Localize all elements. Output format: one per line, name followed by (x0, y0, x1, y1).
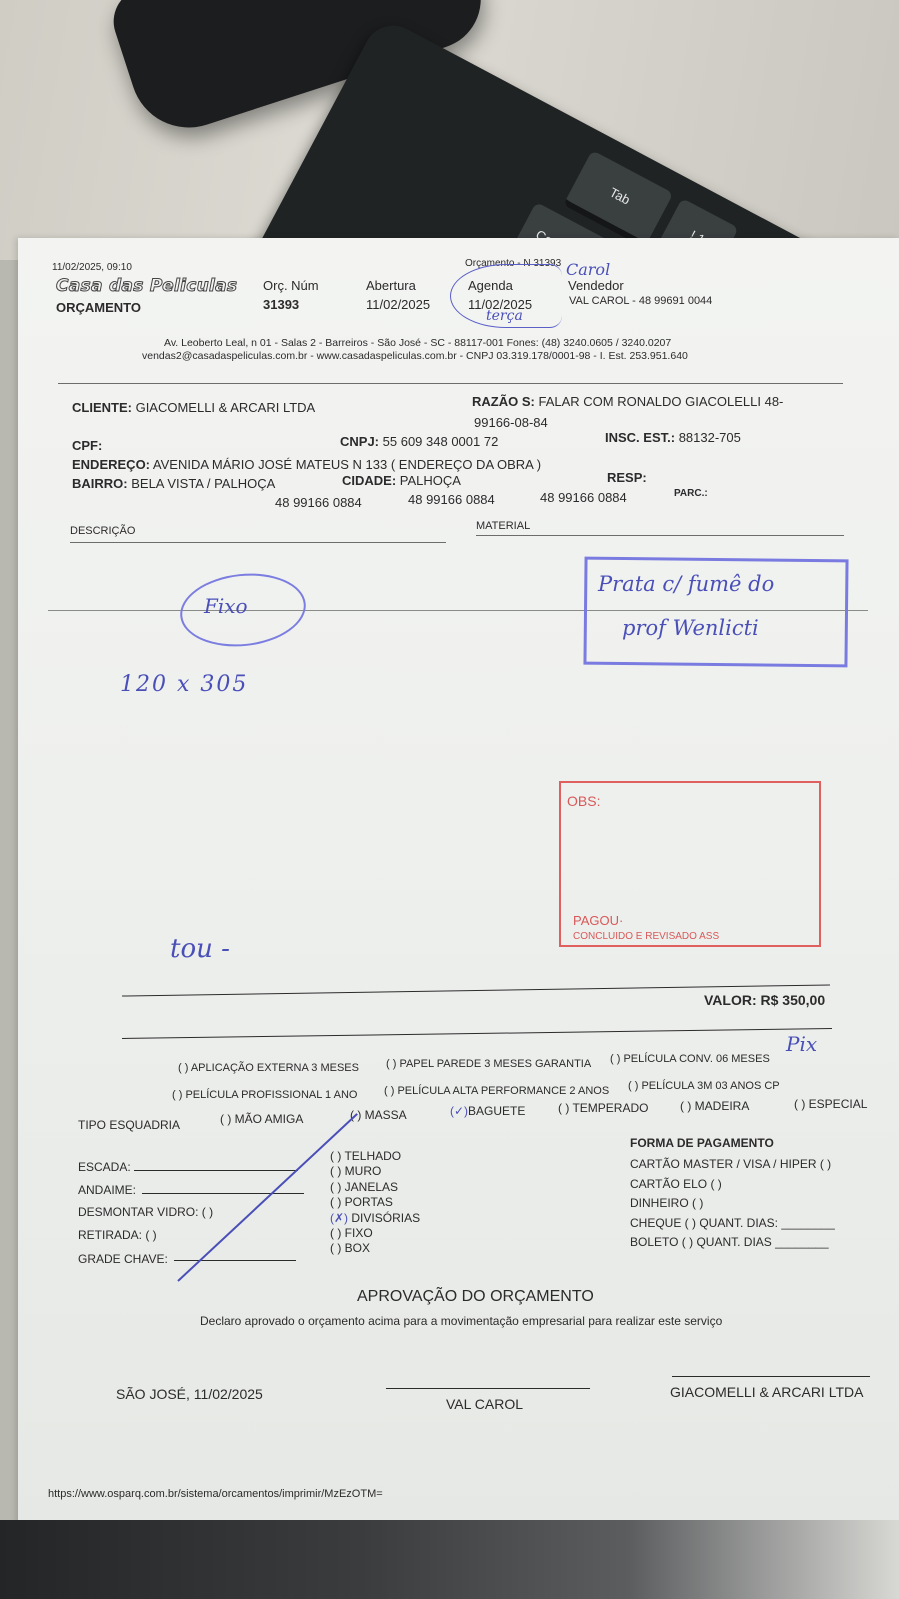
check-mark-icon: (✗) (330, 1211, 348, 1225)
guarantee-label: PELÍCULA CONV. 06 MESES (623, 1053, 769, 1065)
orc-num-label: Orç. Núm (263, 278, 319, 293)
obs-label: OBS: (567, 793, 600, 809)
esquadria-option-label: MÃO AMIGA (235, 1112, 304, 1126)
bairro-row: BAIRRO: BELA VISTA / PALHOÇA (72, 476, 275, 491)
printed-timestamp: 11/02/2025, 09:10 (52, 262, 132, 273)
location-label: MURO (345, 1164, 382, 1178)
escada-label: ESCADA: (78, 1160, 131, 1174)
grade-chave-label: GRADE CHAVE: (78, 1252, 168, 1266)
guarantee-option[interactable]: ( ) APLICAÇÃO EXTERNA 3 MESES (178, 1062, 359, 1074)
esquadria-option-label: MADEIRA (695, 1099, 750, 1113)
payment-option-elo[interactable]: CARTÃO ELO ( ) (630, 1175, 835, 1195)
esquadria-option[interactable]: ( ) MADEIRA (680, 1099, 749, 1113)
escada-line (134, 1170, 298, 1171)
location-list: ( ) TELHADO ( ) MURO ( ) JANELAS ( ) POR… (330, 1149, 420, 1257)
client-signature-line (672, 1376, 870, 1377)
insc-value: 88132-705 (679, 430, 741, 445)
andaime-label: ANDAIME: (78, 1183, 136, 1197)
orc-num-value: 31393 (263, 297, 299, 312)
footer-url[interactable]: https://www.osparq.com.br/sistema/orcame… (48, 1488, 383, 1500)
company-logo: Casa das Peliculas (56, 276, 237, 296)
handwritten-carol: Carol (566, 260, 610, 279)
abertura-value: 11/02/2025 (366, 297, 430, 312)
concluido-label: CONCLUIDO E REVISADO ASS (573, 931, 719, 942)
esquadria-option[interactable]: ( ) MASSA (350, 1108, 407, 1122)
location-option[interactable]: ( ) BOX (330, 1241, 420, 1256)
esquadria-option-label: MASSA (365, 1108, 407, 1122)
esquadria-label: TIPO ESQUADRIA (78, 1118, 180, 1132)
client-signature: GIACOMELLI & ARCARI LTDA (670, 1384, 863, 1400)
guarantee-label: PAPEL PAREDE 3 MESES GARANTIA (399, 1058, 591, 1070)
esquadria-option-checked[interactable]: (✓)BAGUETE (450, 1104, 525, 1118)
client-label: CLIENTE: (72, 400, 132, 415)
razao-value: FALAR COM RONALDO GIACOLELLI 48- (538, 394, 783, 409)
vendedor-value: VAL CAROL - 48 99691 0044 (569, 295, 712, 307)
razao-row: RAZÃO S: FALAR COM RONALDO GIACOLELLI 48… (472, 394, 783, 409)
resp-label: RESP: (607, 470, 647, 485)
check-mark-icon: (✓) (450, 1104, 468, 1118)
razao-label: RAZÃO S: (472, 394, 535, 409)
grade-chave-line (174, 1260, 296, 1261)
insc-row: INSC. EST.: 88132-705 (605, 430, 741, 445)
client-name-row: CLIENTE: GIACOMELLI & ARCARI LTDA (72, 400, 315, 415)
guarantee-option[interactable]: ( ) PELÍCULA PROFISSIONAL 1 ANO (172, 1089, 357, 1101)
location-option-checked[interactable]: (✗) DIVISÓRIAS (330, 1211, 420, 1226)
desmontar-vidro[interactable]: DESMONTAR VIDRO: ( ) (78, 1205, 213, 1219)
esquadria-option-label: TEMPERADO (572, 1101, 648, 1115)
location-label: JANELAS (345, 1180, 398, 1194)
endereco-value: AVENIDA MÁRIO JOSÉ MATEUS N 133 ( ENDERE… (153, 457, 541, 472)
phone-3: 48 99166 0884 (540, 490, 627, 505)
phone-1: 48 99166 0884 (275, 495, 362, 510)
material-label: MATERIAL (476, 520, 530, 532)
guarantee-label: PELÍCULA 3M 03 ANOS CP (641, 1080, 779, 1092)
valor-bottom-rule (122, 1028, 832, 1039)
cnpj-row: CNPJ: 55 609 348 0001 72 (340, 434, 498, 449)
guarantee-option[interactable]: ( ) PAPEL PAREDE 3 MESES GARANTIA (386, 1058, 591, 1070)
approval-title: APROVAÇÃO DO ORÇAMENTO (357, 1288, 594, 1306)
handwritten-bracket (450, 264, 562, 328)
guarantee-label: APLICAÇÃO EXTERNA 3 MESES (191, 1062, 359, 1074)
retirada[interactable]: RETIRADA: ( ) (78, 1228, 157, 1242)
payment-option-cheque[interactable]: CHEQUE ( ) QUANT. DIAS: ________ (630, 1214, 835, 1234)
cpf-label: CPF: (72, 438, 102, 453)
descricao-underline (70, 542, 446, 543)
handwritten-material-line2: prof Wenlicti (622, 616, 759, 640)
payment-option-cash[interactable]: DINHEIRO ( ) (630, 1194, 835, 1214)
company-address: Av. Leoberto Leal, n 01 - Salas 2 - Barr… (164, 337, 671, 349)
payment-title: FORMA DE PAGAMENTO (630, 1136, 774, 1150)
handwritten-pix: Pix (786, 1032, 817, 1056)
location-option[interactable]: ( ) PORTAS (330, 1195, 420, 1210)
obs-box: OBS: PAGOU· CONCLUIDO E REVISADO ASS (559, 781, 821, 947)
company-contact: vendas2@casadaspeliculas.com.br - www.ca… (142, 350, 688, 362)
cidade-label: CIDADE: (342, 473, 396, 488)
location-label: TELHADO (344, 1149, 401, 1163)
location-option[interactable]: ( ) JANELAS (330, 1180, 420, 1195)
endereco-row: ENDEREÇO: AVENIDA MÁRIO JOSÉ MATEUS N 13… (72, 457, 541, 472)
vendedor-label: Vendedor (568, 278, 624, 293)
cidade-value: PALHOÇA (400, 473, 461, 488)
location-option[interactable]: ( ) MURO (330, 1164, 420, 1179)
material-underline (476, 535, 844, 536)
esquadria-option[interactable]: ( ) MÃO AMIGA (220, 1112, 303, 1126)
divider (58, 383, 843, 384)
location-option[interactable]: ( ) FIXO (330, 1226, 420, 1241)
esquadria-option[interactable]: ( ) ESPECIAL (794, 1097, 867, 1111)
seller-signature-line (386, 1388, 590, 1389)
handwritten-dimensions: 120 x 305 (120, 672, 248, 697)
valor-total: VALOR: R$ 350,00 (704, 992, 825, 1008)
handwritten-description: Fixo (204, 594, 248, 618)
desk-bottom-edge (0, 1520, 899, 1599)
location-label: PORTAS (345, 1195, 393, 1209)
phone-2: 48 99166 0884 (408, 492, 495, 507)
esquadria-option-label: ESPECIAL (809, 1097, 868, 1111)
payment-options: CARTÃO MASTER / VISA / HIPER ( ) CARTÃO … (630, 1155, 835, 1253)
esquadria-option[interactable]: ( ) TEMPERADO (558, 1101, 648, 1115)
place-date: SÃO JOSÉ, 11/02/2025 (116, 1386, 263, 1402)
bairro-value: BELA VISTA / PALHOÇA (131, 476, 275, 491)
cidade-row: CIDADE: PALHOÇA (342, 473, 461, 488)
insc-label: INSC. EST.: (605, 430, 675, 445)
payment-option-card[interactable]: CARTÃO MASTER / VISA / HIPER ( ) (630, 1155, 835, 1175)
guarantee-option[interactable]: ( ) PELÍCULA ALTA PERFORMANCE 2 ANOS (384, 1085, 609, 1097)
client-value: GIACOMELLI & ARCARI LTDA (136, 400, 316, 415)
doc-type: ORÇAMENTO (56, 300, 141, 315)
pagou-label: PAGOU· (573, 913, 623, 928)
parc-label: PARC.: (674, 488, 708, 499)
guarantee-label: PELÍCULA ALTA PERFORMANCE 2 ANOS (397, 1085, 609, 1097)
approval-declaration: Declaro aprovado o orçamento acima para … (200, 1314, 722, 1328)
razao-value-line2: 99166-08-84 (474, 415, 548, 430)
handwritten-material-line1: Prata c/ fumê do (598, 572, 774, 596)
location-label: DIVISÓRIAS (351, 1211, 420, 1225)
andaime-line (142, 1193, 304, 1194)
payment-option-boleto[interactable]: BOLETO ( ) QUANT. DIAS ________ (630, 1233, 835, 1253)
location-option[interactable]: ( ) TELHADO (330, 1149, 420, 1164)
seller-signature: VAL CAROL (446, 1396, 523, 1412)
abertura-label: Abertura (366, 278, 416, 293)
endereco-label: ENDEREÇO: (72, 457, 150, 472)
guarantee-option[interactable]: ( ) PELÍCULA 3M 03 ANOS CP (628, 1080, 780, 1092)
esquadria-option-label: BAGUETE (468, 1104, 525, 1118)
guarantee-option[interactable]: ( ) PELÍCULA CONV. 06 MESES (610, 1053, 770, 1065)
location-label: FIXO (345, 1226, 373, 1240)
location-label: BOX (345, 1241, 370, 1255)
quote-document: 11/02/2025, 09:10 Casa das Peliculas ORÇ… (18, 238, 899, 1548)
handwritten-note: tou - (170, 934, 230, 964)
cnpj-label: CNPJ: (340, 434, 379, 449)
cnpj-value: 55 609 348 0001 72 (383, 434, 499, 449)
bairro-label: BAIRRO: (72, 476, 128, 491)
descricao-label: DESCRIÇÃO (70, 525, 135, 537)
guarantee-label: PELÍCULA PROFISSIONAL 1 ANO (185, 1089, 357, 1101)
